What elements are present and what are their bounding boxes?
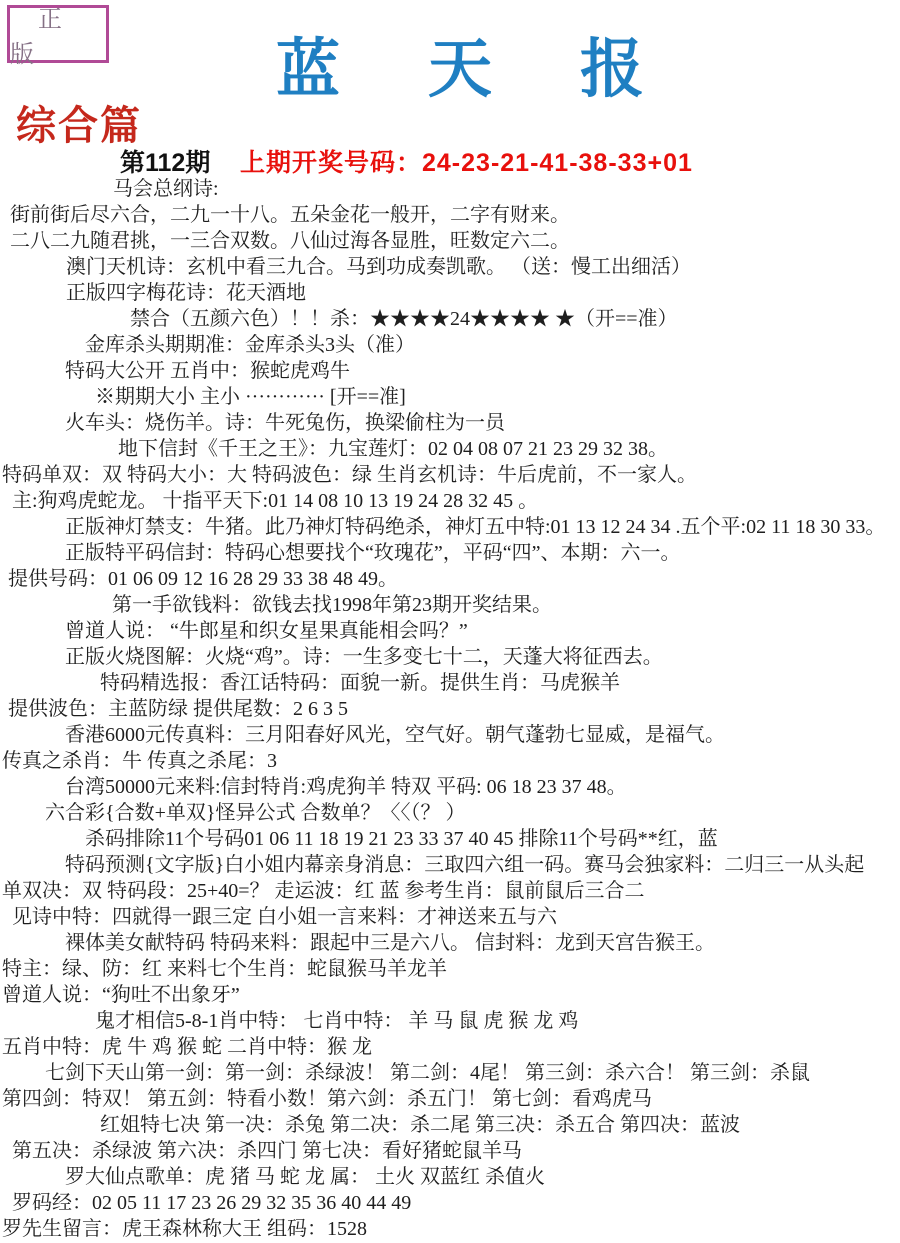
body-line: 火车头：烧伤羊。诗：牛死兔伤，换梁偷柱为一员 bbox=[65, 410, 900, 436]
body-line: 七剑下天山第一剑：第一剑：杀绿波！ 第二剑：4尾！ 第三剑：杀六合！ 第三剑：杀… bbox=[45, 1060, 900, 1086]
lantian-report-page: 正版 蓝天报 综合篇 第112期 上期开奖号码：24-23-21-41-38-3… bbox=[0, 0, 900, 1243]
body-line: 五肖中特：虎 牛 鸡 猴 蛇 二肖中特：猴 龙 bbox=[2, 1034, 900, 1060]
body-line: 提供号码：01 06 09 12 16 28 29 33 38 48 49。 bbox=[8, 566, 900, 592]
body-line: 禁合（五颜六色）！！杀：★★★★24★★★★ ★（开==准） bbox=[130, 306, 900, 332]
body-line: 罗先生留言：虎王森林称大王 组码：1528 bbox=[2, 1216, 900, 1242]
body-line: 见诗中特：四就得一跟三定 白小姐一言来料：才神送来五与六 bbox=[12, 904, 900, 930]
body-line: 特码预测{文字版}白小姐内幕亲身消息：三取四六组一码。赛马会独家料：二归三一从头… bbox=[65, 852, 900, 878]
body-line: 曾道人说： “牛郎星和织女星果真能相会吗？” bbox=[65, 618, 900, 644]
body-line: 第五决：杀绿波 第六决：杀四门 第七决：看好猪蛇鼠羊马 bbox=[12, 1138, 900, 1164]
body-line: 马会总纲诗: bbox=[113, 176, 900, 202]
issue-row: 第112期 上期开奖号码：24-23-21-41-38-33+01 bbox=[0, 143, 900, 173]
body-line: 罗码经：02 05 11 17 23 26 29 32 35 36 40 44 … bbox=[12, 1190, 900, 1216]
body-line: 特码大公开 五肖中：猴蛇虎鸡牛 bbox=[65, 358, 900, 384]
body-line: ※期期大小 主小 ············ [开==准] bbox=[95, 384, 900, 410]
body-line: 第一手欲钱料：欲钱去找1998年第23期开奖结果。 bbox=[112, 592, 900, 618]
body-line: 提供波色：主蓝防绿 提供尾数：2 6 3 5 bbox=[8, 696, 900, 722]
body-line: 曾道人说：“狗吐不出象牙” bbox=[2, 982, 900, 1008]
body-line: 罗大仙点歌单：虎 猪 马 蛇 龙 属： 土火 双蓝红 杀值火 bbox=[65, 1164, 900, 1190]
body-line: 地下信封《千王之王》：九宝莲灯：02 04 08 07 21 23 29 32 … bbox=[118, 436, 900, 462]
body-line: 杀码排除11个号码01 06 11 18 19 21 23 33 37 40 4… bbox=[85, 826, 900, 852]
body-line: 单双决：双 特码段：25+40=？ 走运波：红 蓝 参考生肖：鼠前鼠后三合二 bbox=[2, 878, 900, 904]
body-line: 特码精选报：香江话特码：面貌一新。提供生肖：马虎猴羊 bbox=[100, 670, 900, 696]
body-line: 特主：绿、防：红 来料七个生肖：蛇鼠猴马羊龙羊 bbox=[2, 956, 900, 982]
body-line: 特码单双：双 特码大小：大 特码波色：绿 生肖玄机诗：牛后虎前，不一家人。 bbox=[2, 462, 900, 488]
body-line: 香港6000元传真料：三月阳春好风光，空气好。朝气蓬勃七显威，是福气。 bbox=[65, 722, 900, 748]
body-line: 金库杀头期期准：金库杀头3头（准） bbox=[85, 332, 900, 358]
body-line: 鬼才相信5-8-1肖中特： 七肖中特： 羊 马 鼠 虎 猴 龙 鸡 bbox=[95, 1008, 900, 1034]
body-line: 六合彩{合数+单双}怪异公式 合数单？〈〈（？ ） bbox=[45, 800, 900, 826]
body-line: 红姐特七决 第一决：杀兔 第二决：杀二尾 第三决：杀五合 第四决：蓝波 bbox=[100, 1112, 900, 1138]
body-line: 正版神灯禁支：牛猪。此乃神灯特码绝杀，神灯五中特:01 13 12 24 34 … bbox=[65, 514, 900, 540]
body-line: 主:狗鸡虎蛇龙。 十指平天下:01 14 08 10 13 19 24 28 3… bbox=[12, 488, 900, 514]
last-draw-numbers: 上期开奖号码：24-23-21-41-38-33+01 bbox=[240, 143, 693, 179]
body-line: 传真之杀肖：牛 传真之杀尾：3 bbox=[2, 748, 900, 774]
issue-number: 第112期 bbox=[120, 143, 210, 179]
body-line: 澳门天机诗：玄机中看三九合。马到功成奏凯歌。 （送：慢工出细活） bbox=[66, 254, 900, 280]
body-line: 正版四字梅花诗：花天酒地 bbox=[66, 280, 900, 306]
body-line: 二八二九随君挑，一三合双数。八仙过海各显胜，旺数定六二。 bbox=[10, 228, 900, 254]
body-line: 街前街后尽六合，二九一十八。五朵金花一般开，二字有财来。 bbox=[10, 202, 900, 228]
body-line: 正版火烧图解：火烧“鸡”。诗：一生多变七十二，天蓬大将征西去。 bbox=[65, 644, 900, 670]
body-lines: 马会总纲诗:街前街后尽六合，二九一十八。五朵金花一般开，二字有财来。二八二九随君… bbox=[0, 176, 900, 1242]
body-line: 裸体美女献特码 特码来料：跟起中三是六八。 信封料：龙到天宫告猴王。 bbox=[65, 930, 900, 956]
body-line: 第四剑：特双！ 第五剑：特看小数！第六剑：杀五门！ 第七剑：看鸡虎马 bbox=[2, 1086, 900, 1112]
body-line: 台湾50000元来料:信封特肖:鸡虎狗羊 特双 平码: 06 18 23 37 … bbox=[65, 774, 900, 800]
body-line: 正版特平码信封：特码心想要找个“玫瑰花”，平码“四”、本期：六一。 bbox=[65, 540, 900, 566]
